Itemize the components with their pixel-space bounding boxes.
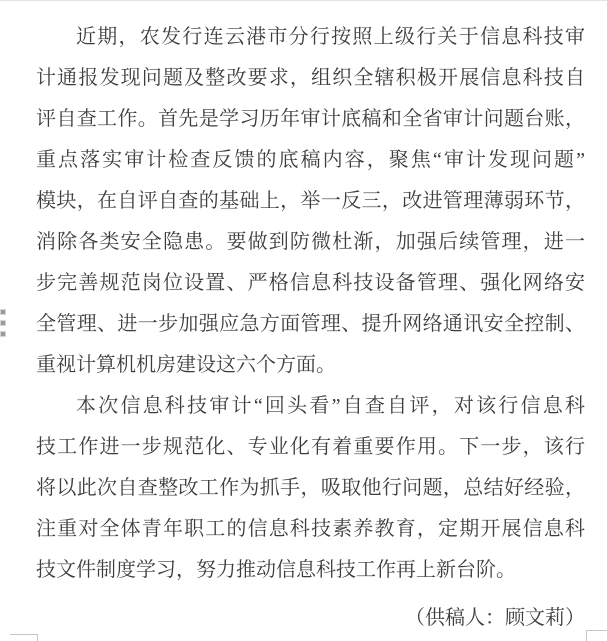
text-line: （供稿人：顾文莉） (36, 598, 585, 639)
text-line: 重点落实审计检查反馈的底稿内容，聚焦“审计发现问题” (36, 140, 585, 181)
left-edge-handle-dot (1, 321, 5, 325)
text-line: 近期，农发行连云港市分行按照上级行关于信息科技审 (36, 17, 585, 58)
page: { "colors": { "text": "#3c3c3c", "hairli… (0, 0, 607, 641)
top-border (0, 0, 607, 1)
left-edge-handle-dot (1, 310, 5, 314)
corner-mark-bottom-right (586, 630, 607, 641)
text-line: 计通报发现问题及整改要求，组织全辖积极开展信息科技自 (36, 58, 585, 99)
text-line: 技工作进一步规范化、专业化有着重要作用。下一步，该行 (36, 427, 585, 468)
text-line: 全管理、进一步加强应急方面管理、提升网络通讯安全控制、 (36, 304, 585, 345)
text-line: 本次信息科技审计“回头看”自查自评，对该行信息科 (36, 386, 585, 427)
text-line: 模块，在自评自查的基础上，举一反三，改进管理薄弱环节， (36, 181, 585, 222)
text-line: 步完善规范岗位设置、严格信息科技设备管理、强化网络安 (36, 263, 585, 304)
text-line: 评自查工作。首先是学习历年审计底稿和全省审计问题台账， (36, 99, 585, 140)
left-edge-handle-dot (1, 332, 5, 336)
text-line: 技文件制度学习，努力推动信息科技工作再上新台阶。 (36, 550, 585, 591)
document-body: 近期，农发行连云港市分行按照上级行关于信息科技审计通报发现问题及整改要求，组织全… (36, 17, 585, 639)
text-line: 注重对全体青年职工的信息科技素养教育，定期开展信息科 (36, 509, 585, 550)
text-line: 将以此次自查整改工作为抓手，吸取他行问题，总结好经验， (36, 468, 585, 509)
text-line: 重视计算机机房建设这六个方面。 (36, 345, 585, 386)
corner-mark-bottom-left (10, 634, 38, 641)
text-line: 消除各类安全隐患。要做到防微杜渐，加强后续管理，进一 (36, 222, 585, 263)
